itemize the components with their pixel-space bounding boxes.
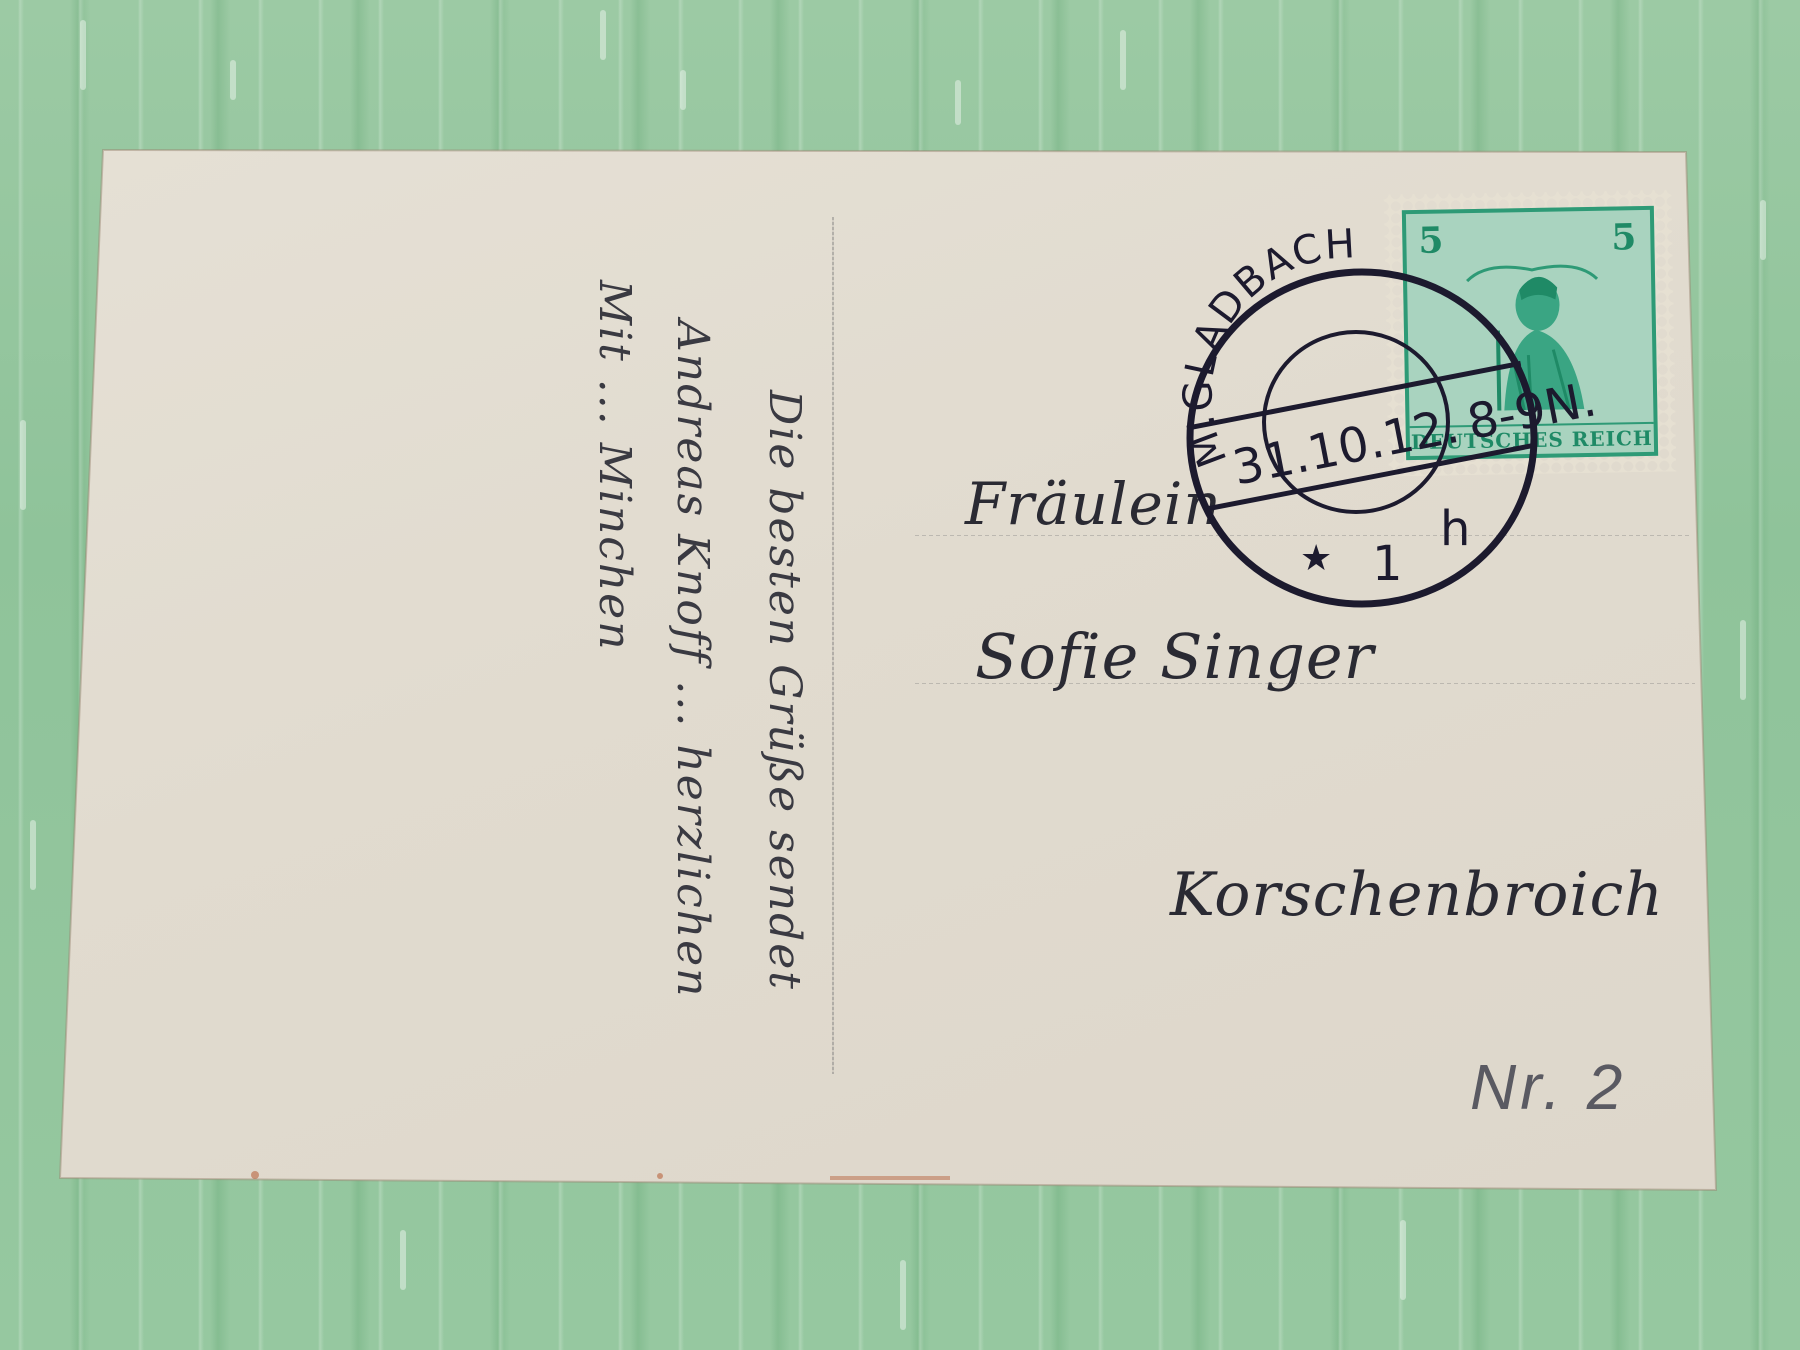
germania-portrait-icon <box>1457 259 1610 412</box>
postage-stamp: 5 5 DEUTSCHES REICH <box>1402 206 1658 460</box>
address-name: Sofie Singer <box>975 620 1374 693</box>
message-line-2: Andreas Knoff ... herzlichen <box>667 320 718 998</box>
card-divider-line <box>832 217 834 1074</box>
paint-streak <box>1760 200 1766 260</box>
paint-streak <box>230 60 236 100</box>
paint-streak <box>1400 1220 1406 1300</box>
stamp-value-right: 5 <box>1611 216 1637 258</box>
paint-streak <box>20 420 26 510</box>
address-town: Korschenbroich <box>1170 860 1664 930</box>
paint-streak <box>1740 620 1746 700</box>
paint-streak <box>80 20 86 90</box>
paint-streak <box>30 820 36 890</box>
paint-streak <box>955 80 961 125</box>
address-salutation: Fräulein <box>965 470 1222 538</box>
paint-streak <box>900 1260 906 1330</box>
stamp-country-label: DEUTSCHES REICH <box>1410 422 1654 454</box>
paint-streak <box>600 10 606 60</box>
pencil-number-note: Nr. 2 <box>1470 1050 1626 1124</box>
paint-streak <box>1120 30 1126 90</box>
message-line-1: Die besten Grüße sendet <box>759 390 810 991</box>
paint-streak <box>680 70 686 110</box>
stamp-value-left: 5 <box>1418 219 1444 261</box>
paint-streak <box>400 1230 406 1290</box>
message-line-3: Mit ... Minchen <box>589 280 640 652</box>
